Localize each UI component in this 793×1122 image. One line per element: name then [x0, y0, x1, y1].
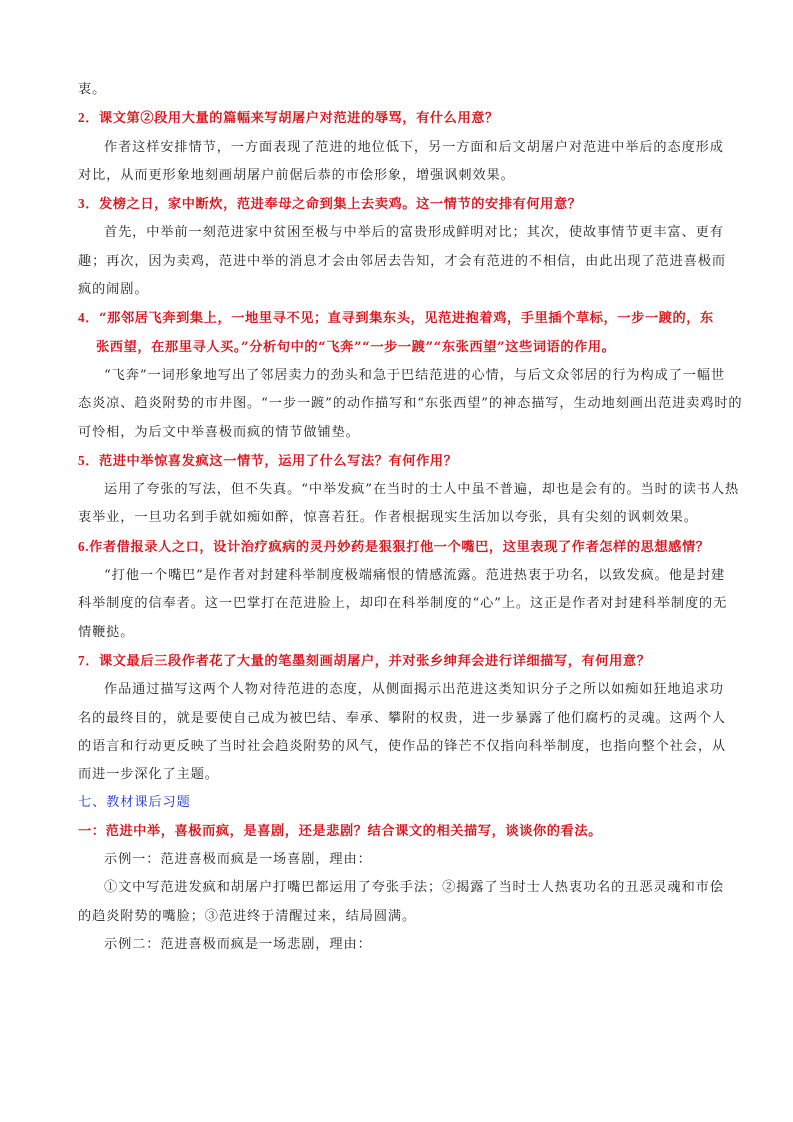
answer-line: “打他一个嘴巴”是作者对封建科举制度极端痛恨的情感流露。范进热衷于功名，以致发疯… — [78, 562, 720, 590]
question-text: 课文第②段用大量的篇幅来写胡屠户对范进的辱骂，有什么用意？ — [99, 111, 499, 126]
question-number: 7． — [78, 653, 99, 668]
question-7: 7．课文最后三段作者花了大量的笔墨刻画胡屠户，并对张乡绅拜会进行详细描写，有何用… — [78, 647, 720, 676]
question-text: 范进中举惊喜发疯这一情节，运用了什么写法？有何作用？ — [99, 454, 457, 469]
question-2: 2．课文第②段用大量的篇幅来写胡屠户对范进的辱骂，有什么用意？ — [78, 104, 720, 133]
answer-line: 态炎凉、趋炎附势的市井图。“一步一踱”的动作描写和“东张西望”的神态描写，生动地… — [78, 390, 720, 418]
answer-line: 科举制度的信奉者。这一巴掌打在范进脸上，却印在科举制度的“心”上。这正是作者对封… — [78, 590, 720, 618]
question-text: 发榜之日，家中断炊，范进奉母之命到集上去卖鸡。这一情节的安排有何用意？ — [99, 197, 582, 212]
answer-line: 名的最终目的，就是要使自己成为被巴结、奉承、攀附的权贵，进一步暴露了他们腐朽的灵… — [78, 705, 720, 733]
continuation-text: 衷。 — [78, 76, 720, 104]
question-number: 2． — [78, 110, 99, 125]
answer-line: 首先，中举前一刻范进家中贫困至极与中举后的富贵形成鲜明对比；其次，使故事情节更丰… — [78, 219, 720, 247]
example-1-line: 的趋炎附势的嘴脸；③范进终于清醒过来，结局圆满。 — [78, 903, 720, 931]
answer-line: “飞奔”一词形象地写出了邻居卖力的劲头和急于巴结范进的心情，与后文众邻居的行为构… — [78, 362, 720, 390]
document-page: 衷。 2．课文第②段用大量的篇幅来写胡屠户对范进的辱骂，有什么用意？ 作者这样安… — [78, 76, 720, 959]
section-heading: 七、教材课后习题 — [78, 789, 720, 817]
question-number: 5． — [78, 453, 99, 468]
question-5: 5．范进中举惊喜发疯这一情节，运用了什么写法？有何作用？ — [78, 447, 720, 476]
example-1-line: ①文中写范进发疯和胡屠户打嘴巴都运用了夸张手法；②揭露了当时士人热衷功名的丑恶灵… — [78, 874, 720, 902]
exercise-question: 一：范进中举，喜极而疯，是喜剧，还是悲剧？结合课文的相关描写，谈谈你的看法。 — [78, 818, 720, 846]
example-1-label: 示例一：范进喜极而疯是一场喜剧，理由： — [78, 846, 720, 874]
question-number: 4． — [78, 310, 99, 325]
answer-line: 趣；再次，因为卖鸡，范进中举的消息才会由邻居去告知，才会有范进的不相信，由此出现… — [78, 248, 720, 276]
answer-line: 对比，从而更形象地刻画胡屠户前倨后恭的市侩形象，增强讽刺效果。 — [78, 162, 720, 190]
answer-line: 情鞭挞。 — [78, 619, 720, 647]
answer-line: 作者这样安排情节，一方面表现了范进的地位低下，另一方面和后文胡屠户对范进中举后的… — [78, 134, 720, 162]
answer-line: 的语言和行动更反映了当时社会趋炎附势的风气，使作品的锋芒不仅指向科举制度，也指向… — [78, 733, 720, 761]
answer-line: 作品通过描写这两个人物对待范进的态度，从侧面揭示出范进这类知识分子之所以如痴如狂… — [78, 676, 720, 704]
question-text: 课文最后三段作者花了大量的笔墨刻画胡屠户，并对张乡绅拜会进行详细描写，有何用意？ — [99, 654, 651, 669]
question-6: 6.作者借报录人之口，设计治疗疯病的灵丹妙药是狠狠打他一个嘴巴，这里表现了作者怎… — [78, 533, 720, 562]
question-4: 4．“那邻居飞奔到集上，一地里寻不见；直寻到集东头，见范进抱着鸡，手里插个草标，… — [78, 304, 720, 333]
answer-line: 衷举业，一旦功名到手就如痴如醉，惊喜若狂。作者根据现实生活加以夸张，具有尖刻的讽… — [78, 504, 720, 532]
question-3: 3．发榜之日，家中断炊，范进奉母之命到集上去卖鸡。这一情节的安排有何用意？ — [78, 190, 720, 219]
question-text: “那邻居飞奔到集上，一地里寻不见；直寻到集东头，见范进抱着鸡，手里插个草标，一步… — [99, 311, 714, 326]
question-number: 6. — [78, 539, 89, 554]
answer-line: 而进一步深化了主题。 — [78, 761, 720, 789]
example-2-label: 示例二：范进喜极而疯是一场悲剧，理由： — [78, 931, 720, 959]
question-4-continued: 张西望，在那里寻人买。”分析句中的“飞奔”“一步一踱”“东张西望”这些词语的作用… — [78, 334, 720, 362]
answer-line: 运用了夸张的写法，但不失真。“中举发疯”在当时的士人中虽不普遍，却也是会有的。当… — [78, 476, 720, 504]
answer-line: 疯的闹剧。 — [78, 276, 720, 304]
question-number: 3． — [78, 196, 99, 211]
question-text: 作者借报录人之口，设计治疗疯病的灵丹妙药是狠狠打他一个嘴巴，这里表现了作者怎样的… — [89, 540, 709, 555]
answer-line: 可怜相，为后文中举喜极而疯的情节做铺垫。 — [78, 419, 720, 447]
